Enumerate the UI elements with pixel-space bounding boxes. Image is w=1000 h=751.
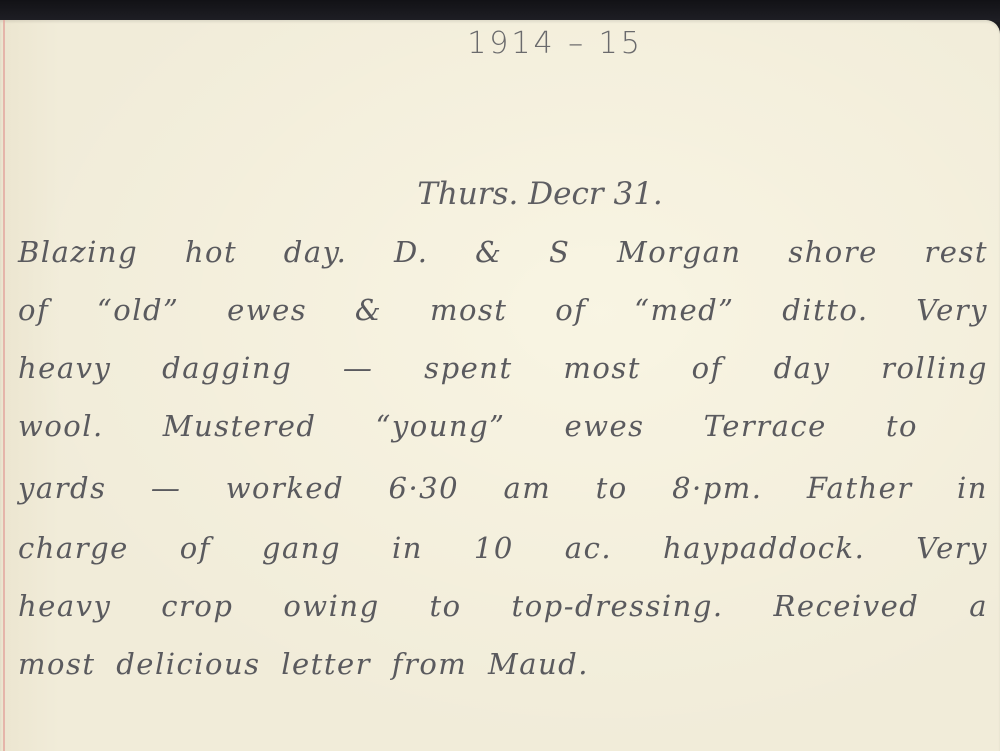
diary-page: 1914 – 15 Thurs. Decr 31. Blazing hot da… — [0, 20, 1000, 751]
entry-line-6: charge of gang in 10 ac. haypaddock. Ver… — [18, 531, 988, 589]
entry-date: Thurs. Decr 31. — [40, 176, 1000, 212]
entry-line-3: heavy dagging — spent most of day rollin… — [18, 351, 988, 409]
entry-line-8: most delicious letter from Maud. — [18, 647, 988, 705]
book-edge — [0, 0, 1000, 22]
entry-line-7: heavy crop owing to top-dressing. Receiv… — [18, 589, 988, 647]
entry-line-4: wool. Mustered “young” ewes Terrace to — [18, 409, 918, 467]
margin-rule — [3, 20, 5, 751]
entry-line-5: yards — worked 6·30 am to 8·pm. Father i… — [18, 471, 988, 529]
entry-line-2: of “old” ewes & most of “med” ditto. Ver… — [18, 293, 988, 351]
entry-line-1: Blazing hot day. D. & S Morgan shore res… — [18, 235, 988, 293]
year-header: 1914 – 15 — [55, 26, 1000, 61]
